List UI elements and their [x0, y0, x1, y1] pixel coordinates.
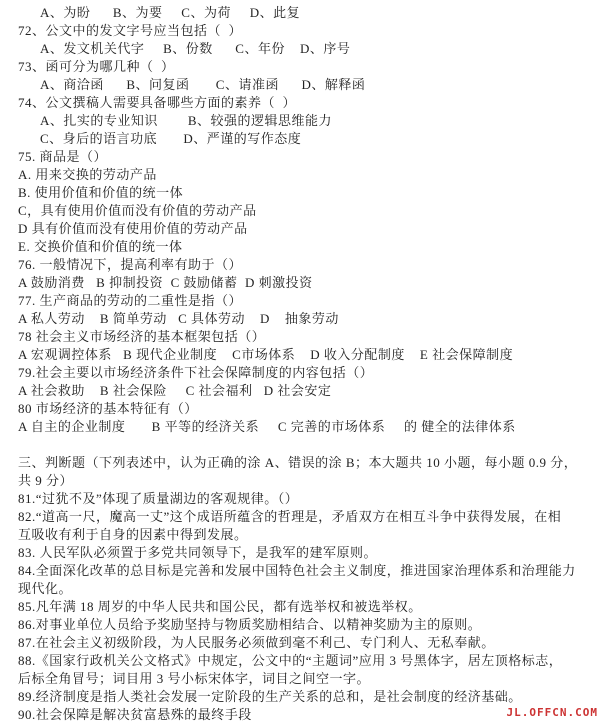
exam-line: A、扎实的专业知识 B、较强的逻辑思维能力: [18, 112, 602, 130]
exam-line: 81.“过犹不及”体现了质量湖边的客观规律。（）: [18, 490, 602, 508]
exam-line: 82.“道高一尺，魔高一丈”这个成语所蕴含的哲理是，矛盾双方在相互斗争中获得发展…: [18, 508, 602, 526]
exam-line: A、商洽函 B、问复函 C、请准函 D、解释函: [18, 76, 602, 94]
exam-line: 86.对事业单位人员给予奖励坚持与物质奖励相结合、以精神奖励为主的原则。: [18, 616, 602, 634]
exam-line: B. 使用价值和价值的统一体: [18, 184, 602, 202]
exam-line: 72、公文中的发文字号应当包括（ ）: [18, 22, 602, 40]
site-watermark: JL.OFFCN.COM: [507, 707, 598, 719]
exam-line: A 鼓励消费 B 抑制投资 C 鼓励储蓄 D 刺激投资: [18, 274, 602, 292]
exam-line: 79.社会主要以市场经济条件下社会保障制度的内容包括（）: [18, 364, 602, 382]
exam-line: 75. 商品是（）: [18, 148, 602, 166]
exam-line: 74、公文撰稿人需要具备哪些方面的素养（ ）: [18, 94, 602, 112]
exam-line: E. 交换价值和价值的统一体: [18, 238, 602, 256]
exam-line: 互吸收有利于自身的因素中得到发展。: [18, 526, 602, 544]
exam-line: 后标全角冒号；词目用 3 号小标宋体字，词目之间空一字。: [18, 670, 602, 688]
exam-line: 三、判断题（下列表述中，认为正确的涂 A、错误的涂 B；本大题共 10 小题，每…: [18, 454, 602, 472]
exam-line: 85.凡年满 18 周岁的中华人民共和国公民，都有选举权和被选举权。: [18, 598, 602, 616]
exam-line: C，具有使用价值而没有价值的劳动产品: [18, 202, 602, 220]
exam-line: 78 社会主义市场经济的基本框架包括（）: [18, 328, 602, 346]
exam-line: A 社会救助 B 社会保险 C 社会福利 D 社会安定: [18, 382, 602, 400]
exam-line: 80 市场经济的基本特征有（）: [18, 400, 602, 418]
exam-line: A、发文机关代字 B、份数 C、年份 D、序号: [18, 40, 602, 58]
exam-document: A、为盼 B、为要 C、为荷 D、此复72、公文中的发文字号应当包括（ ）A、发…: [0, 0, 610, 724]
exam-line: 88.《国家行政机关公文格式》中规定，公文中的“主题词”应用 3 号黑体字，居左…: [18, 652, 602, 670]
exam-line: A 宏观调控体系 B 现代企业制度 C市场体系 D 收入分配制度 E 社会保障制…: [18, 346, 602, 364]
exam-line: A 自主的企业制度 B 平等的经济关系 C 完善的市场体系 的 健全的法律体系: [18, 418, 602, 436]
exam-line: 87.在社会主义初级阶段，为人民服务必须做到毫不利己、专门利人、无私奉献。: [18, 634, 602, 652]
exam-line: 共 9 分）: [18, 472, 602, 490]
exam-line: D 具有价值而没有使用价值的劳动产品: [18, 220, 602, 238]
exam-line: A、为盼 B、为要 C、为荷 D、此复: [18, 4, 602, 22]
exam-line: 现代化。: [18, 580, 602, 598]
exam-line: 73、函可分为哪几种（ ）: [18, 58, 602, 76]
exam-line: A. 用来交换的劳动产品: [18, 166, 602, 184]
exam-line: A 私人劳动 B 简单劳动 C 具体劳动 D 抽象劳动: [18, 310, 602, 328]
exam-line: 76. 一般情况下，提高利率有助于（）: [18, 256, 602, 274]
exam-lines: A、为盼 B、为要 C、为荷 D、此复72、公文中的发文字号应当包括（ ）A、发…: [18, 4, 602, 724]
exam-line: 89.经济制度是指人类社会发展一定阶段的生产关系的总和，是社会制度的经济基础。: [18, 688, 602, 706]
exam-line: 77. 生产商品的劳动的二重性是指（）: [18, 292, 602, 310]
exam-line: 83. 人民军队必须置于多党共同领导下，是我军的建军原则。: [18, 544, 602, 562]
exam-line: C、身后的语言功底 D、严谨的写作态度: [18, 130, 602, 148]
exam-line: 84.全面深化改革的总目标是完善和发展中国特色社会主义制度，推进国家治理体系和治…: [18, 562, 602, 580]
